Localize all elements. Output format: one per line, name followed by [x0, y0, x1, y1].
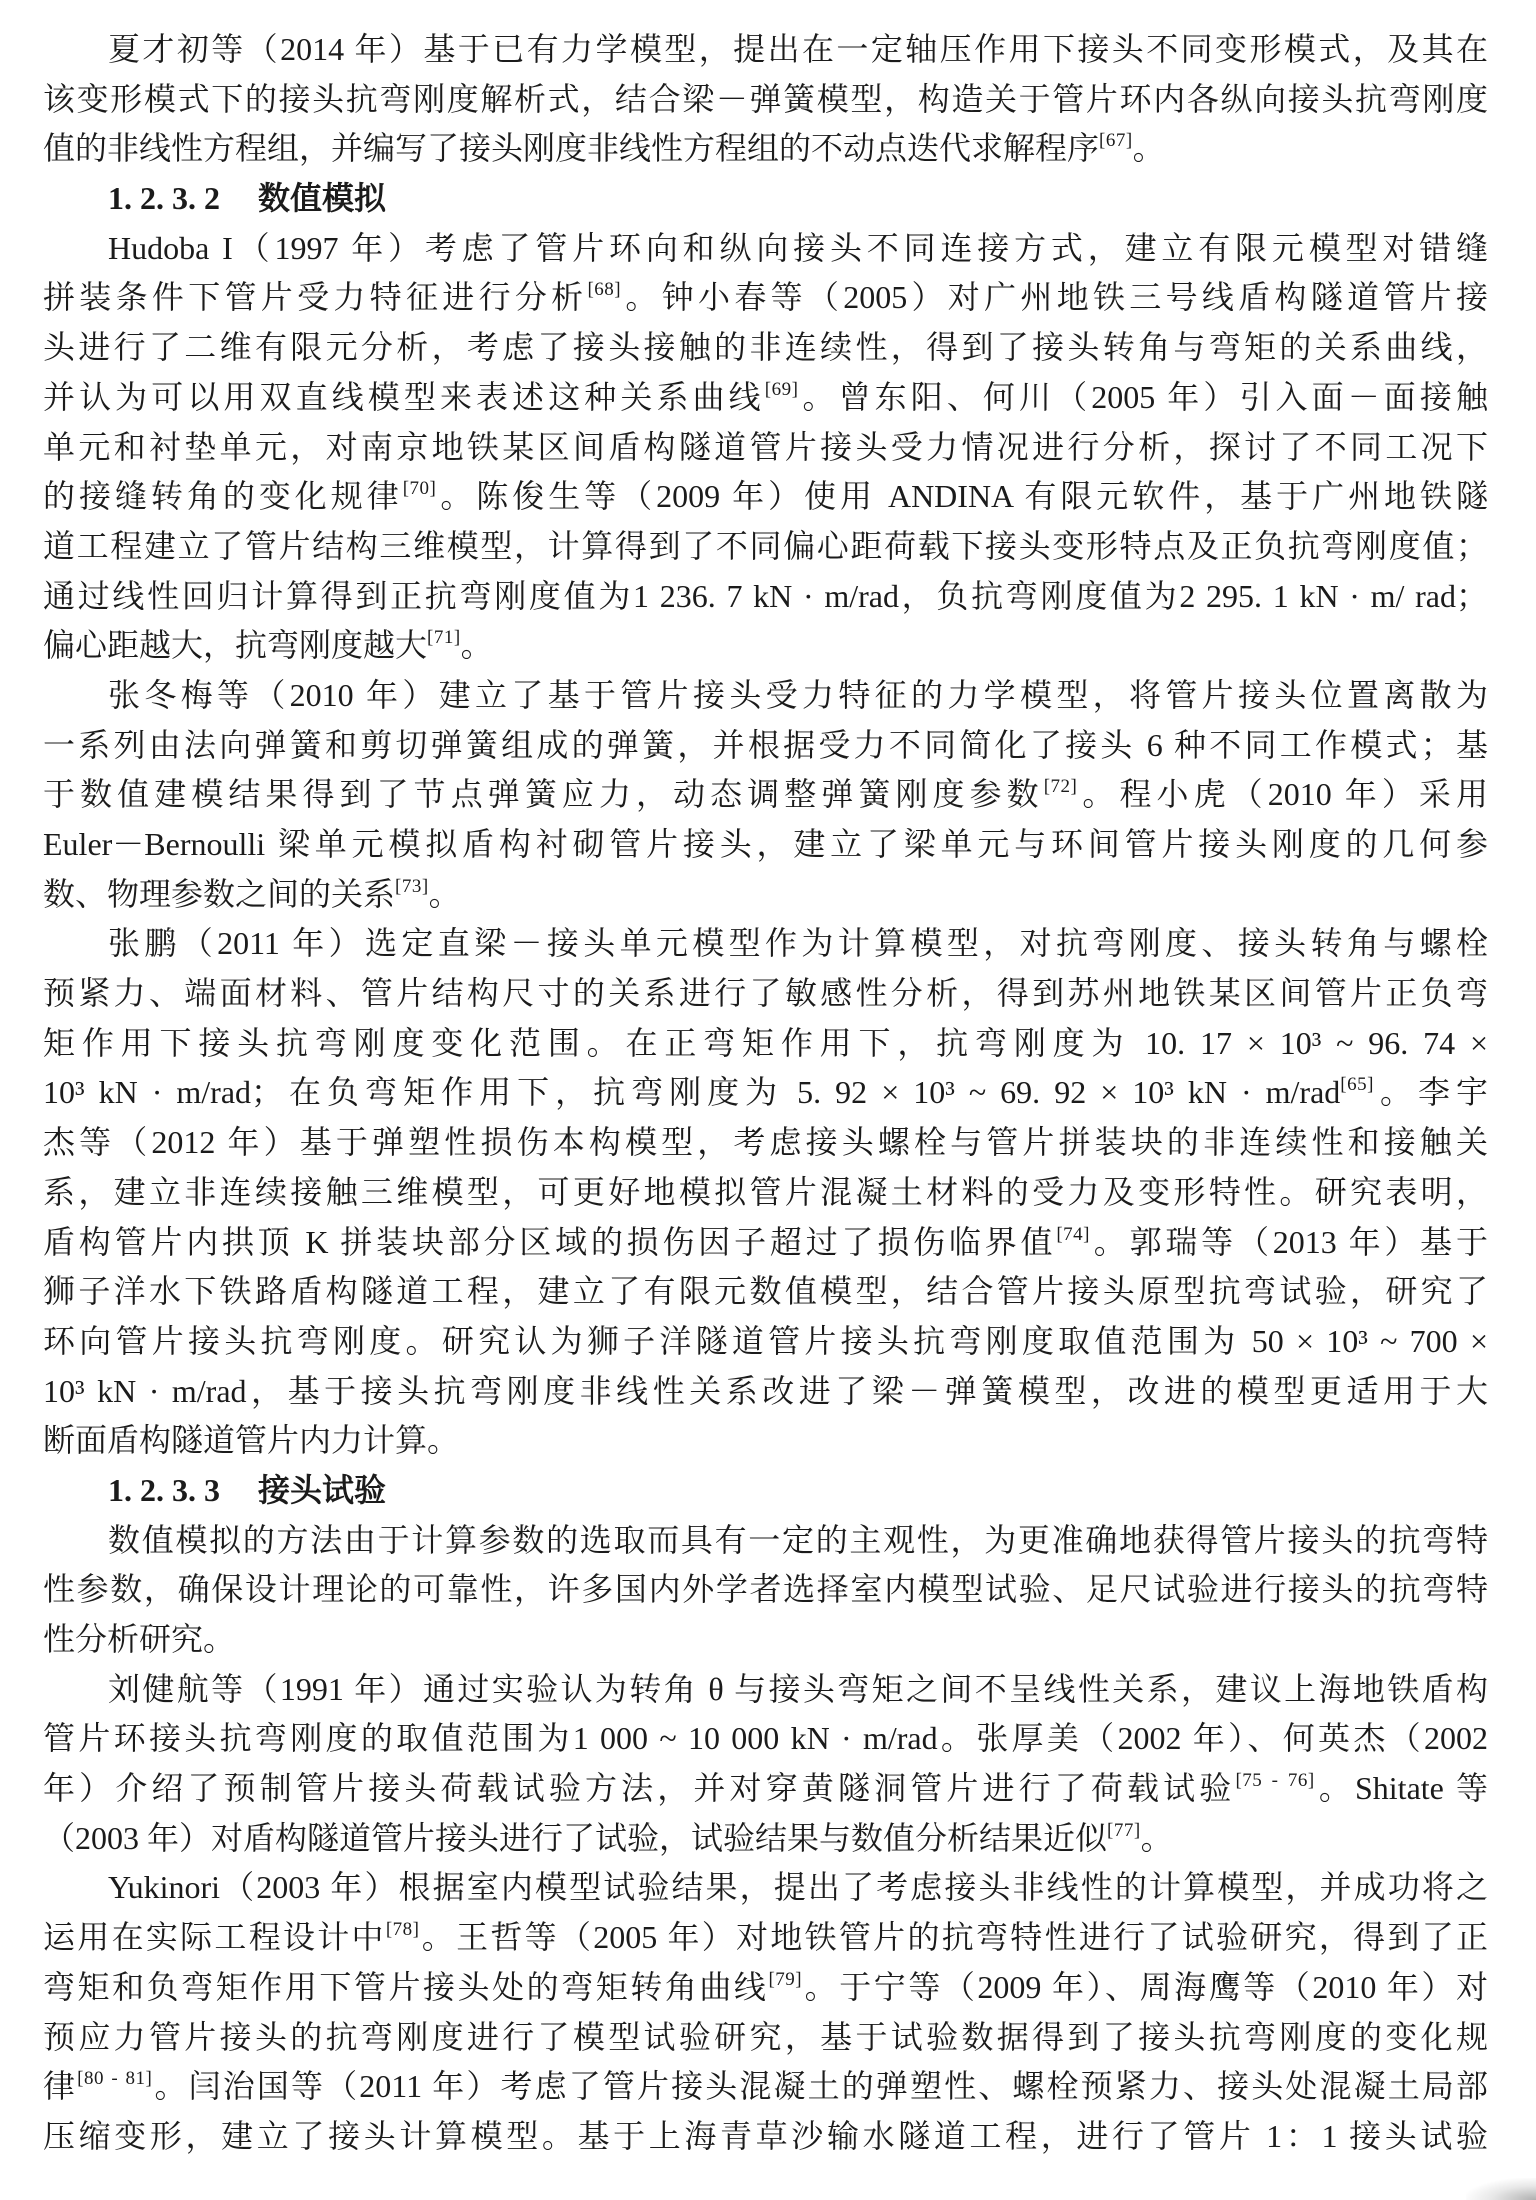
- text-line: 杰等（2012 年）基于弹塑性损伤本构模型，考虑接头螺栓与管片拼装块的非连续性和…: [43, 1118, 1488, 1168]
- text-line: 值的非线性方程组，并编写了接头刚度非线性方程组的不动点迭代求解程序[67]。: [43, 124, 1488, 174]
- text-line: 年）介绍了预制管片接头荷载试验方法，并对穿黄隧洞管片进行了荷载试验[75 - 7…: [43, 1764, 1488, 1814]
- line-text: 拼装条件下管片受力特征进行分析: [43, 279, 587, 315]
- text-line: 压缩变形，建立了接头计算模型。基于上海青草沙输水隧道工程，进行了管片 1：1 接…: [43, 2112, 1488, 2162]
- citation-ref: [72]: [1044, 776, 1078, 797]
- text-line: （2003 年）对盾构隧道管片接头进行了试验，试验结果与数值分析结果近似[77]…: [43, 1814, 1488, 1864]
- line-text: 的接缝转角的变化规律: [43, 478, 403, 514]
- citation-ref: [73]: [395, 876, 429, 897]
- paragraph: 夏才初等（2014 年）基于已有力学模型，提出在一定轴压作用下接头不同变形模式，…: [43, 25, 1488, 174]
- line-text: （2003 年）对盾构隧道管片接头进行了试验，试验结果与数值分析结果近似: [43, 1820, 1107, 1856]
- citation-ref: [69]: [765, 379, 799, 400]
- citation-ref: [65]: [1340, 1074, 1374, 1095]
- line-text: 盾构管片内拱顶 K 拼装块部分区域的损伤因子超过了损伤临界值: [43, 1224, 1056, 1260]
- text-line: 张鹏（2011 年）选定直梁－接头单元模型作为计算模型，对抗弯刚度、接头转角与螺…: [43, 919, 1488, 969]
- text-line: 性参数，确保设计理论的可靠性，许多国内外学者选择室内模型试验、足尺试验进行接头的…: [43, 1565, 1488, 1615]
- citation-ref: [67]: [1099, 130, 1133, 151]
- line-text: 。王哲等（2005 年）对地铁管片的抗弯特性进行了试验研究，得到了正: [420, 1919, 1489, 1955]
- text-line: 10³ kN · m/rad；在负弯矩作用下，抗弯刚度为 5. 92 × 10³…: [43, 1068, 1488, 1118]
- citation-ref: [74]: [1056, 1224, 1090, 1245]
- page-curl-shadow: [1466, 2178, 1536, 2200]
- paragraph: 刘健航等（1991 年）通过实验认为转角 θ 与接头弯矩之间不呈线性关系，建议上…: [43, 1665, 1488, 1864]
- section-title: 数值模拟: [258, 179, 386, 217]
- text-line: 的接缝转角的变化规律[70]。陈俊生等（2009 年）使用 ANDINA 有限元…: [43, 472, 1488, 522]
- line-text: 。于宁等（2009 年）、周海鹰等（2010 年）对: [802, 1969, 1488, 2005]
- text-line: Yukinori（2003 年）根据室内模型试验结果，提出了考虑接头非线性的计算…: [43, 1863, 1488, 1913]
- line-text: 。: [1141, 1820, 1173, 1856]
- text-line: 拼装条件下管片受力特征进行分析[68]。钟小春等（2005）对广州地铁三号线盾构…: [43, 273, 1488, 323]
- line-text: 。Shitate 等: [1315, 1770, 1488, 1806]
- text-line: 管片环接头抗弯刚度的取值范围为1 000 ~ 10 000 kN · m/rad…: [43, 1714, 1488, 1764]
- paragraph: 张冬梅等（2010 年）建立了基于管片接头受力特征的力学模型，将管片接头位置离散…: [43, 671, 1488, 919]
- line-text: 。: [461, 627, 493, 663]
- line-text: 。闫治国等（2011 年）考虑了管片接头混凝土的弹塑性、螺栓预紧力、接头处混凝土…: [152, 2068, 1488, 2104]
- text-line: 夏才初等（2014 年）基于已有力学模型，提出在一定轴压作用下接头不同变形模式，…: [43, 25, 1488, 75]
- text-line: 预应力管片接头的抗弯刚度进行了模型试验研究，基于试验数据得到了接头抗弯刚度的变化…: [43, 2013, 1488, 2063]
- text-line: 狮子洋水下铁路盾构隧道工程，建立了有限元数值模型，结合管片接头原型抗弯试验，研究…: [43, 1267, 1488, 1317]
- line-text: 。: [1133, 130, 1165, 166]
- section-number: 1. 2. 3. 2: [108, 174, 222, 224]
- text-line: 断面盾构隧道管片内力计算。: [43, 1416, 1488, 1466]
- text-line: 弯矩和负弯矩作用下管片接头处的弯矩转角曲线[79]。于宁等（2009 年）、周海…: [43, 1963, 1488, 2013]
- line-text: 值的非线性方程组，并编写了接头刚度非线性方程组的不动点迭代求解程序: [43, 130, 1099, 166]
- line-text: 。钟小春等（2005）对广州地铁三号线盾构隧道管片接: [621, 279, 1488, 315]
- section-title: 接头试验: [258, 1471, 386, 1509]
- text-line: 于数值建模结果得到了节点弹簧应力，动态调整弹簧刚度参数[72]。程小虎（2010…: [43, 770, 1488, 820]
- line-text: 并认为可以用双直线模型来表述这种关系曲线: [43, 379, 765, 415]
- line-text: 。曾东阳、何川（2005 年）引入面－面接触: [798, 379, 1488, 415]
- paragraph: Yukinori（2003 年）根据室内模型试验结果，提出了考虑接头非线性的计算…: [43, 1863, 1488, 2161]
- text-line: 张冬梅等（2010 年）建立了基于管片接头受力特征的力学模型，将管片接头位置离散…: [43, 671, 1488, 721]
- line-text: 年）介绍了预制管片接头荷载试验方法，并对穿黄隧洞管片进行了荷载试验: [43, 1770, 1235, 1806]
- citation-ref: [71]: [427, 627, 461, 648]
- text-line: 数值模拟的方法由于计算参数的选取而具有一定的主观性，为更准确地获得管片接头的抗弯…: [43, 1516, 1488, 1566]
- document-page: 夏才初等（2014 年）基于已有力学模型，提出在一定轴压作用下接头不同变形模式，…: [43, 25, 1488, 2162]
- text-line: 一系列由法向弹簧和剪切弹簧组成的弹簧，并根据受力不同简化了接头 6 种不同工作模…: [43, 721, 1488, 771]
- text-line: Hudoba I（1997 年）考虑了管片环向和纵向接头不同连接方式，建立有限元…: [43, 224, 1488, 274]
- citation-ref: [75 - 76]: [1235, 1770, 1314, 1791]
- text-line: 偏心距越大，抗弯刚度越大[71]。: [43, 621, 1488, 671]
- line-text: 。李宇: [1374, 1074, 1488, 1110]
- citation-ref: [77]: [1107, 1820, 1141, 1841]
- text-line: 性分析研究。: [43, 1615, 1488, 1665]
- line-text: 于数值建模结果得到了节点弹簧应力，动态调整弹簧刚度参数: [43, 776, 1044, 812]
- text-line: 通过线性回归计算得到正抗弯刚度值为1 236. 7 kN · m/rad，负抗弯…: [43, 572, 1488, 622]
- text-line: Euler－Bernoulli 梁单元模拟盾构衬砌管片接头，建立了梁单元与环间管…: [43, 820, 1488, 870]
- text-line: 系，建立非连续接触三维模型，可更好地模拟管片混凝土材料的受力及变形特性。研究表明…: [43, 1168, 1488, 1218]
- line-text: 。陈俊生等（2009 年）使用 ANDINA 有限元软件，基于广州地铁隧: [436, 478, 1488, 514]
- section-heading: 1. 2. 3. 2数值模拟: [43, 174, 1488, 224]
- text-line: 运用在实际工程设计中[78]。王哲等（2005 年）对地铁管片的抗弯特性进行了试…: [43, 1913, 1488, 1963]
- text-line: 刘健航等（1991 年）通过实验认为转角 θ 与接头弯矩之间不呈线性关系，建议上…: [43, 1665, 1488, 1715]
- line-text: 。: [429, 876, 461, 912]
- text-line: 10³ kN · m/rad，基于接头抗弯刚度非线性关系改进了梁－弹簧模型，改进…: [43, 1367, 1488, 1417]
- paragraph: 张鹏（2011 年）选定直梁－接头单元模型作为计算模型，对抗弯刚度、接头转角与螺…: [43, 919, 1488, 1466]
- citation-ref: [78]: [386, 1919, 420, 1940]
- text-line: 该变形模式下的接头抗弯刚度解析式，结合梁－弹簧模型，构造关于管片环内各纵向接头抗…: [43, 75, 1488, 125]
- section-heading: 1. 2. 3. 3接头试验: [43, 1466, 1488, 1516]
- text-line: 律[80 - 81]。闫治国等（2011 年）考虑了管片接头混凝土的弹塑性、螺栓…: [43, 2062, 1488, 2112]
- citation-ref: [80 - 81]: [77, 2068, 152, 2089]
- text-line: 单元和衬垫单元，对南京地铁某区间盾构隧道管片接头受力情况进行分析，探讨了不同工况…: [43, 423, 1488, 473]
- text-line: 盾构管片内拱顶 K 拼装块部分区域的损伤因子超过了损伤临界值[74]。郭瑞等（2…: [43, 1218, 1488, 1268]
- text-line: 数、物理参数之间的关系[73]。: [43, 870, 1488, 920]
- line-text: 偏心距越大，抗弯刚度越大: [43, 627, 427, 663]
- section-number: 1. 2. 3. 3: [108, 1466, 222, 1516]
- text-line: 预紧力、端面材料、管片结构尺寸的关系进行了敏感性分析，得到苏州地铁某区间管片正负…: [43, 969, 1488, 1019]
- line-text: 运用在实际工程设计中: [43, 1919, 386, 1955]
- text-line: 道工程建立了管片结构三维模型，计算得到了不同偏心距荷载下接头变形特点及正负抗弯刚…: [43, 522, 1488, 572]
- text-line: 头进行了二维有限元分析，考虑了接头接触的非连续性，得到了接头转角与弯矩的关系曲线…: [43, 323, 1488, 373]
- paragraph: 数值模拟的方法由于计算参数的选取而具有一定的主观性，为更准确地获得管片接头的抗弯…: [43, 1516, 1488, 1665]
- line-text: 数、物理参数之间的关系: [43, 876, 395, 912]
- citation-ref: [68]: [587, 279, 621, 300]
- citation-ref: [70]: [403, 478, 437, 499]
- text-line: 并认为可以用双直线模型来表述这种关系曲线[69]。曾东阳、何川（2005 年）引…: [43, 373, 1488, 423]
- citation-ref: [79]: [768, 1969, 802, 1990]
- line-text: 。郭瑞等（2013 年）基于: [1090, 1224, 1488, 1260]
- paragraph: Hudoba I（1997 年）考虑了管片环向和纵向接头不同连接方式，建立有限元…: [43, 224, 1488, 671]
- text-line: 环向管片接头抗弯刚度。研究认为狮子洋隧道管片接头抗弯刚度取值范围为 50 × 1…: [43, 1317, 1488, 1367]
- line-text: 。程小虎（2010 年）采用: [1077, 776, 1488, 812]
- line-text: 律: [43, 2068, 77, 2104]
- line-text: 10³ kN · m/rad；在负弯矩作用下，抗弯刚度为 5. 92 × 10³…: [43, 1074, 1340, 1110]
- line-text: 弯矩和负弯矩作用下管片接头处的弯矩转角曲线: [43, 1969, 768, 2005]
- text-line: 矩作用下接头抗弯刚度变化范围。在正弯矩作用下，抗弯刚度为 10. 17 × 10…: [43, 1019, 1488, 1069]
